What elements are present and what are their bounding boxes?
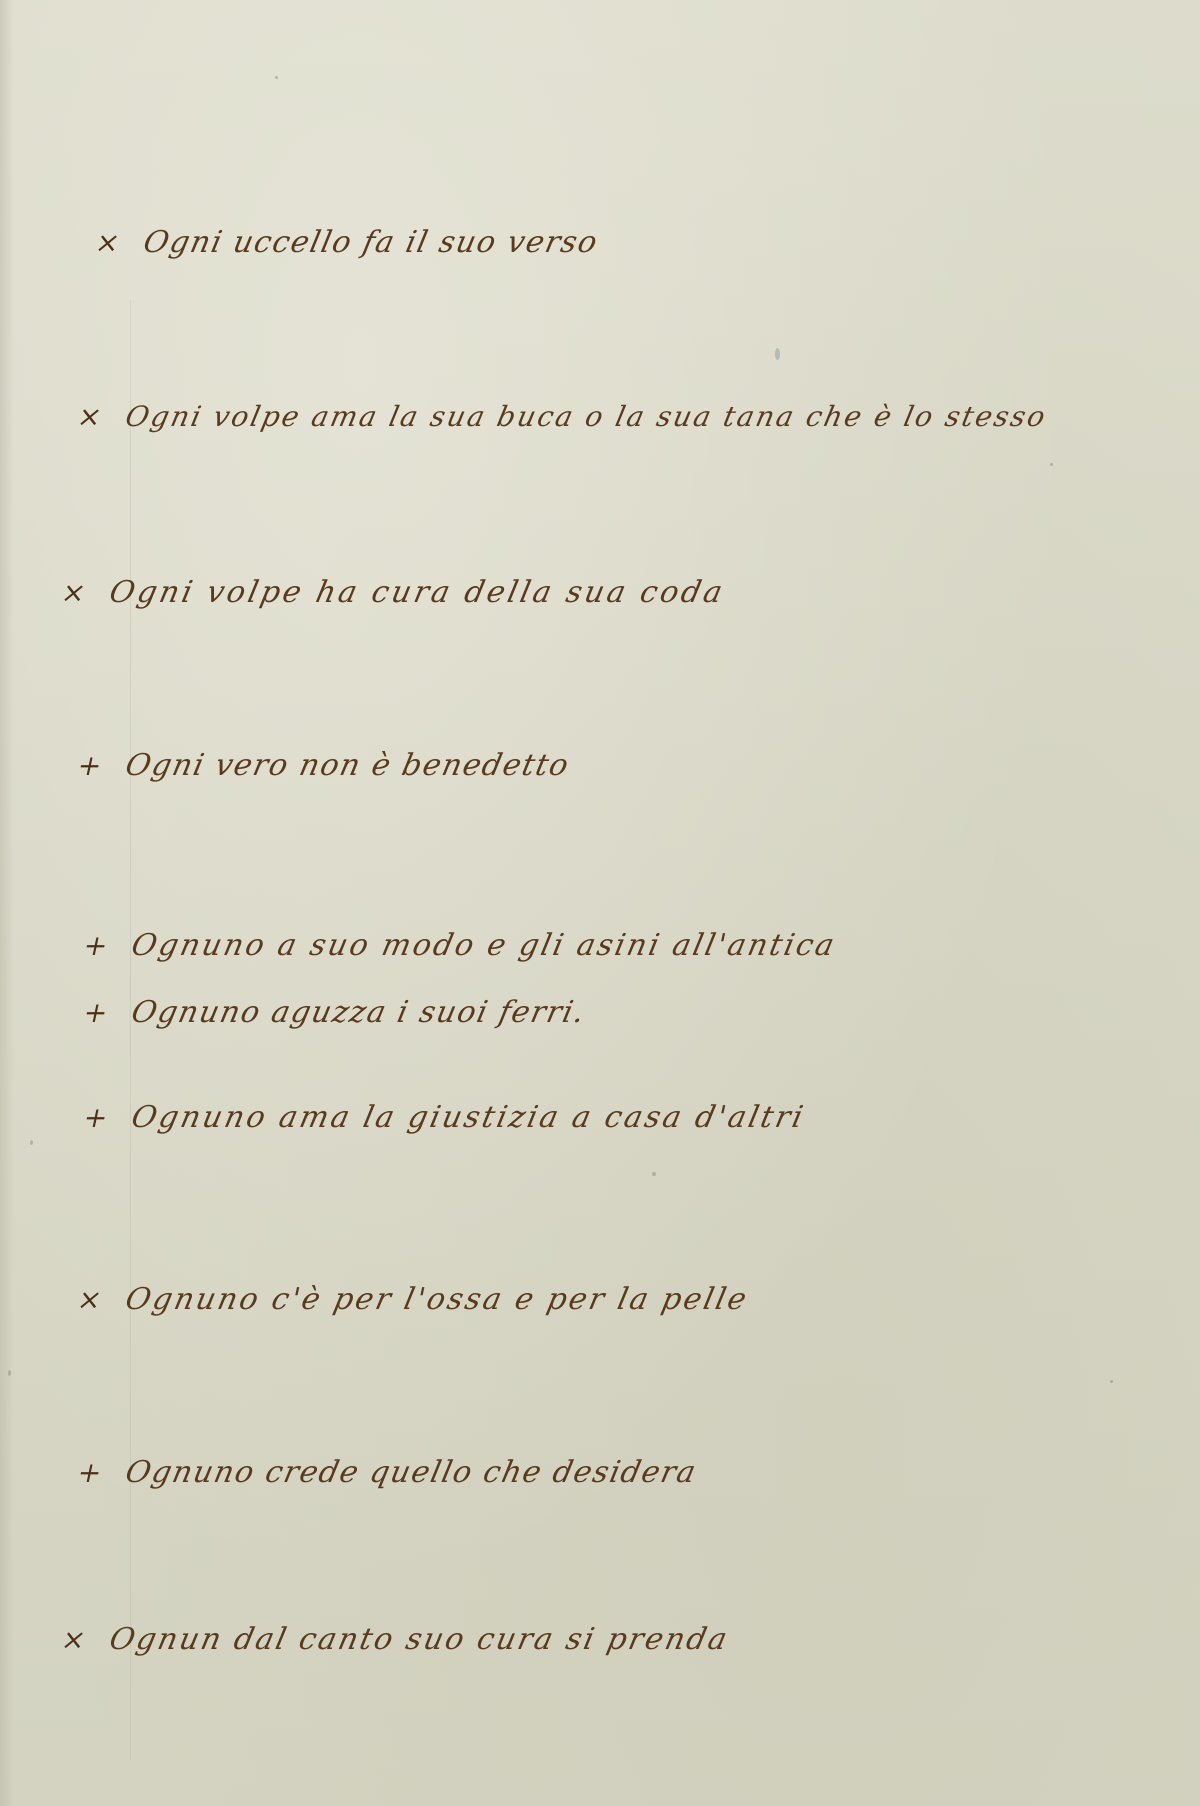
- entry-text: Ognuno crede quello che desidera: [122, 1455, 700, 1490]
- proverb-entry: × Ognun dal canto suo cura si prenda: [58, 1622, 732, 1657]
- paper-speck: [275, 76, 278, 79]
- proverb-entry: × Ognuno c'è per l'ossa e per la pelle: [74, 1282, 752, 1317]
- entry-text: Ognun dal canto suo cura si prenda: [106, 1622, 732, 1657]
- entry-mark: +: [80, 996, 125, 1029]
- proverb-entry: × Ogni uccello fa il suo verso: [92, 225, 601, 260]
- entry-text: Ognuno aguzza i suoi ferri.: [128, 995, 588, 1030]
- paper-speck: [775, 348, 780, 360]
- entry-text: Ogni vero non è benedetto: [122, 748, 573, 783]
- manuscript-page: × Ogni uccello fa il suo verso × Ogni vo…: [0, 0, 1200, 1806]
- entry-mark: +: [74, 749, 119, 782]
- entry-mark: ×: [74, 1283, 119, 1316]
- entry-text: Ogni volpe ha cura della sua coda: [106, 575, 728, 610]
- proverb-entry: + Ognuno crede quello che desidera: [74, 1455, 700, 1490]
- entry-mark: ×: [58, 1623, 103, 1656]
- proverb-entry: × Ogni volpe ama la sua buca o la sua ta…: [74, 400, 1050, 433]
- entry-text: Ogni volpe ama la sua buca o la sua tana…: [122, 400, 1050, 433]
- proverb-entry: + Ognuno aguzza i suoi ferri.: [80, 995, 588, 1030]
- paper-speck: [1050, 463, 1053, 466]
- entry-mark: +: [74, 1456, 119, 1489]
- paper-speck: [8, 1370, 11, 1376]
- entry-mark: ×: [74, 400, 119, 433]
- proverb-entry: + Ognuno a suo modo e gli asini all'anti…: [80, 928, 839, 963]
- entry-mark: ×: [92, 226, 137, 259]
- proverb-entry: + Ognuno ama la giustizia a casa d'altri: [80, 1100, 808, 1135]
- paper-speck: [1110, 1380, 1113, 1383]
- paper-speck: [30, 1140, 33, 1145]
- proverb-entry: + Ogni vero non è benedetto: [74, 748, 573, 783]
- margin-rule: [130, 300, 131, 1760]
- page-edge-shadow: [0, 0, 14, 1806]
- entry-text: Ogni uccello fa il suo verso: [140, 225, 601, 260]
- entry-text: Ognuno a suo modo e gli asini all'antica: [128, 928, 839, 963]
- paper-speck: [652, 1172, 656, 1176]
- proverb-entry: × Ogni volpe ha cura della sua coda: [58, 575, 728, 610]
- entry-mark: +: [80, 1101, 125, 1134]
- entry-mark: ×: [58, 576, 103, 609]
- entry-text: Ognuno c'è per l'ossa e per la pelle: [122, 1282, 752, 1317]
- entry-mark: +: [80, 929, 125, 962]
- entry-text: Ognuno ama la giustizia a casa d'altri: [128, 1100, 808, 1135]
